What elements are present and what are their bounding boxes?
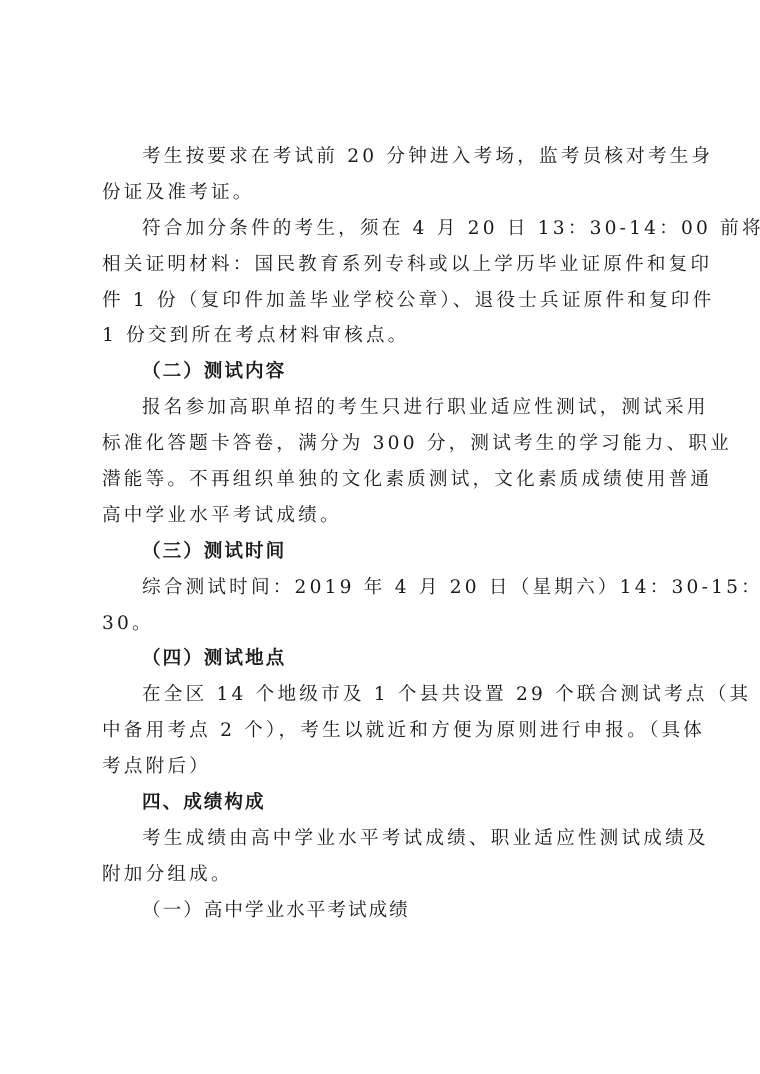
paragraph-line: 高中学业水平考试成绩。 (102, 498, 662, 534)
paragraph-line: 份证及准考证。 (102, 175, 662, 211)
paragraph-line: 报名参加高职单招的考生只进行职业适应性测试，测试采用 (102, 390, 662, 426)
paragraph-line: 考生成绩由高中学业水平考试成绩、职业适应性测试成绩及 (102, 821, 662, 857)
paragraph-line: 中备用考点 2 个），考生以就近和方便为原则进行申报。（具体 (102, 713, 662, 749)
paragraph-line: 30。 (102, 606, 662, 642)
paragraph-line: 符合加分条件的考生，须在 4 月 20 日 13：30-14：00 前将 (102, 211, 662, 247)
section-heading-academic-score: （一）高中学业水平考试成绩 (102, 893, 662, 929)
paragraph-line: 潜能等。不再组织单独的文化素质测试，文化素质成绩使用普通 (102, 462, 662, 498)
paragraph-line: 在全区 14 个地级市及 1 个县共设置 29 个联合测试考点（其 (102, 677, 662, 713)
section-heading-score-composition: 四、成绩构成 (102, 785, 662, 821)
section-heading-test-time: （三）测试时间 (102, 534, 662, 570)
section-heading-test-location: （四）测试地点 (102, 641, 662, 677)
paragraph-line: 相关证明材料：国民教育系列专科或以上学历毕业证原件和复印 (102, 247, 662, 283)
paragraph-line: 考生按要求在考试前 20 分钟进入考场，监考员核对考生身 (102, 139, 662, 175)
section-heading-test-content: （二）测试内容 (102, 354, 662, 390)
paragraph-line: 标准化答题卡答卷，满分为 300 分，测试考生的学习能力、职业 (102, 426, 662, 462)
paragraph-line: 件 1 份（复印件加盖毕业学校公章）、退役士兵证原件和复印件 (102, 283, 662, 319)
document-page: 考生按要求在考试前 20 分钟进入考场，监考员核对考生身 份证及准考证。 符合加… (102, 139, 662, 929)
paragraph-line: 考点附后） (102, 749, 662, 785)
paragraph-line: 附加分组成。 (102, 857, 662, 893)
paragraph-line: 综合测试时间：2019 年 4 月 20 日（星期六）14：30-15： (102, 570, 662, 606)
paragraph-line: 1 份交到所在考点材料审核点。 (102, 318, 662, 354)
